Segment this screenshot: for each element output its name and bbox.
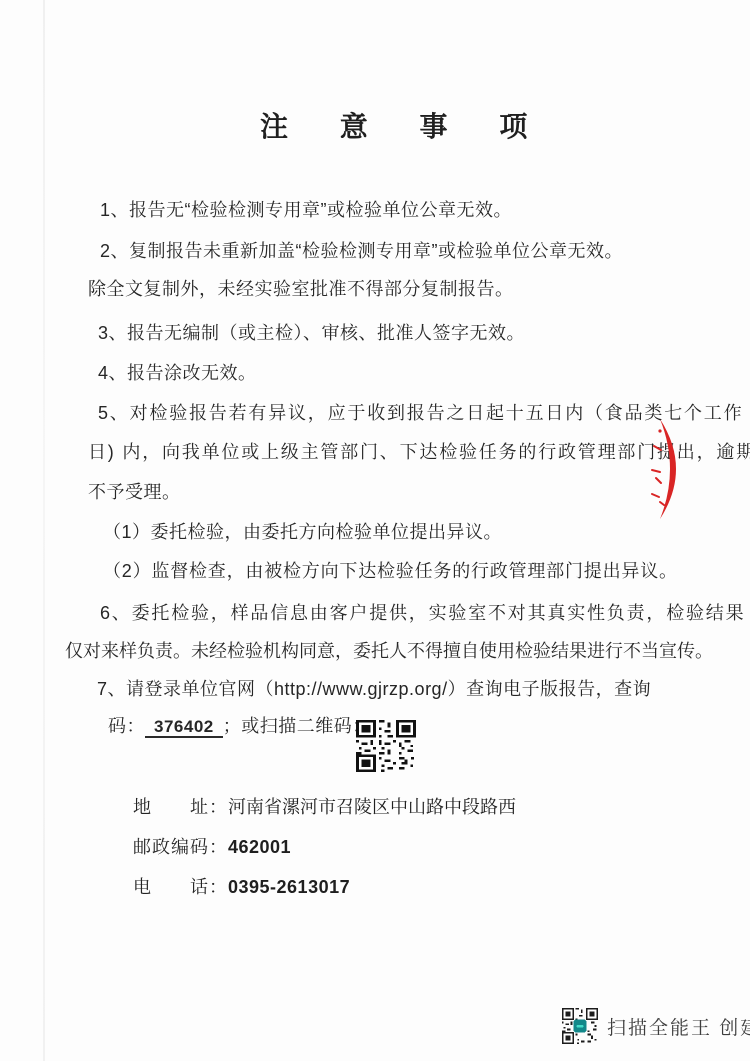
red-seal-arc-icon — [650, 418, 694, 520]
address-value: 河南省漯河市召陵区中山路中段路西 — [228, 797, 516, 817]
page-title: 注 意 事 项 — [260, 105, 549, 145]
notice-line-2-cont: 除全文复制外，未经实验室批准不得部分复制报告。 — [88, 278, 514, 300]
notice-line-1: 1、报告无“检验检测专用章”或检验单位公章无效。 — [100, 199, 512, 221]
notice-line-4: 4、报告涂改无效。 — [98, 362, 257, 384]
notice-line-5-sub-2: （2）监督检查，由被检方向下达检验任务的行政管理部门提出异议。 — [103, 560, 678, 582]
address-line: 地 址：河南省漯河市召陵区中山路中段路西 — [133, 793, 516, 819]
notice-line-6: 6、委托检验，样品信息由客户提供，实验室不对其真实性负责，检验结果 — [100, 602, 745, 624]
notice-line-5-sub-1: （1）委托检验，由委托方向检验单位提出异议。 — [103, 521, 502, 543]
phone-line: 电 话：0395-2613017 — [133, 873, 350, 899]
notice-line-5: 5、对检验报告若有异议，应于收到报告之日起十五日内（食品类七个工作 — [98, 402, 743, 424]
postal-code-line: 邮政编码：462001 — [133, 833, 291, 859]
camscanner-watermark: 扫描全能王 创建 — [562, 1008, 750, 1044]
query-code-suffix: ；或扫描二维码： — [223, 716, 371, 736]
camscanner-qr-icon — [562, 1008, 598, 1044]
notice-line-7: 7、请登录单位官网（http://www.gjrzp.org/）查询电子版报告，… — [97, 678, 651, 700]
scanned-document-page: 注 意 事 项 1、报告无“检验检测专用章”或检验单位公章无效。 2、复制报告未… — [0, 0, 750, 1061]
notice-line-5-cont-2: 不予受理。 — [88, 481, 181, 503]
query-code-prefix: 码： — [108, 716, 145, 736]
query-code-value: 376402 — [145, 717, 223, 738]
phone-label: 电 话： — [133, 873, 228, 899]
notice-line-3: 3、报告无编制（或主检）、审核、批准人签字无效。 — [98, 322, 525, 344]
notice-line-6-cont: 仅对来样负责。未经检验机构同意，委托人不得擅自使用检验结果进行不当宣传。 — [65, 640, 713, 662]
phone-value: 0395-2613017 — [228, 877, 350, 897]
qr-code-icon — [356, 720, 416, 772]
scan-edge-line — [43, 0, 45, 1061]
query-code-line: 码：376402；或扫描二维码： — [108, 715, 371, 738]
camscanner-watermark-text: 扫描全能王 创建 — [607, 1013, 750, 1040]
postal-code-label: 邮政编码： — [133, 833, 228, 859]
postal-code-value: 462001 — [228, 837, 291, 857]
address-label: 地 址： — [133, 793, 228, 819]
notice-line-2: 2、复制报告未重新加盖“检验检测专用章”或检验单位公章无效。 — [100, 240, 623, 262]
